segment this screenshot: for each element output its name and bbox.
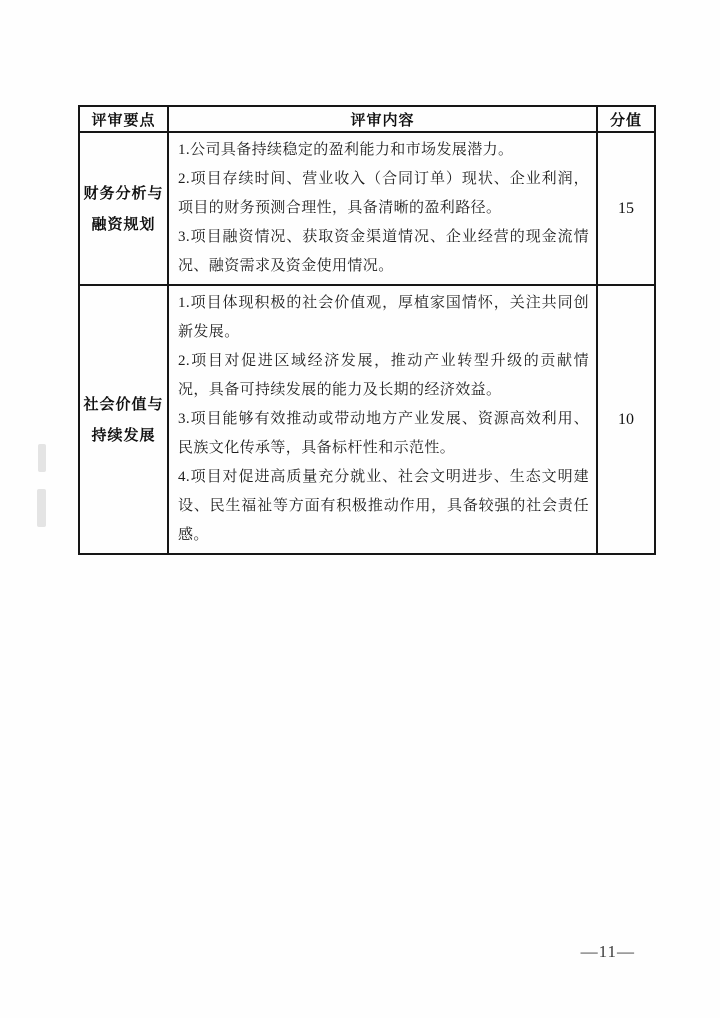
table-row: 社会价值与持续发展 1.项目体现积极的社会价值观，厚植家国情怀，关注共同创新发展… [79,285,655,554]
content-cell: 1.公司具备持续稳定的盈利能力和市场发展潜力。2.项目存续时间、营业收入（合同订… [168,132,597,285]
content-item: 2.项目对促进区域经济发展，推动产业转型升级的贡献情况，具备可持续发展的能力及长… [178,347,589,405]
content-item: 4.项目对促进高质量充分就业、社会文明进步、生态文明建设、民生福祉等方面有积极推… [178,463,589,550]
point-line: 持续发展 [80,420,167,451]
point-line: 财务分析与 [80,178,167,209]
content-item: 3.项目融资情况、获取资金渠道情况、企业经营的现金流情况、融资需求及资金使用情况… [178,223,589,281]
document-page: 评审要点 评审内容 分值 财务分析与融资规划 1.公司具备持续稳定的盈利能力和市… [0,0,720,1018]
content-item: 1.公司具备持续稳定的盈利能力和市场发展潜力。 [178,136,589,165]
point-cell: 财务分析与融资规划 [79,132,168,285]
content-item: 1.项目体现积极的社会价值观，厚植家国情怀，关注共同创新发展。 [178,289,589,347]
scan-artifact [38,444,46,472]
table-row: 财务分析与融资规划 1.公司具备持续稳定的盈利能力和市场发展潜力。2.项目存续时… [79,132,655,285]
header-review-points: 评审要点 [79,106,168,132]
point-line: 融资规划 [80,209,167,240]
content-cell: 1.项目体现积极的社会价值观，厚植家国情怀，关注共同创新发展。2.项目对促进区域… [168,285,597,554]
score-cell: 10 [597,285,655,554]
header-score: 分值 [597,106,655,132]
scan-artifact [37,489,46,527]
evaluation-criteria-table: 评审要点 评审内容 分值 财务分析与融资规划 1.公司具备持续稳定的盈利能力和市… [78,105,656,555]
header-review-content: 评审内容 [168,106,597,132]
page-number: —11— [581,942,635,962]
point-line: 社会价值与 [80,389,167,420]
table-body: 财务分析与融资规划 1.公司具备持续稳定的盈利能力和市场发展潜力。2.项目存续时… [79,132,655,554]
table-header-row: 评审要点 评审内容 分值 [79,106,655,132]
point-cell: 社会价值与持续发展 [79,285,168,554]
content-item: 2.项目存续时间、营业收入（合同订单）现状、企业利润，项目的财务预测合理性，具备… [178,165,589,223]
score-cell: 15 [597,132,655,285]
content-item: 3.项目能够有效推动或带动地方产业发展、资源高效利用、民族文化传承等，具备标杆性… [178,405,589,463]
